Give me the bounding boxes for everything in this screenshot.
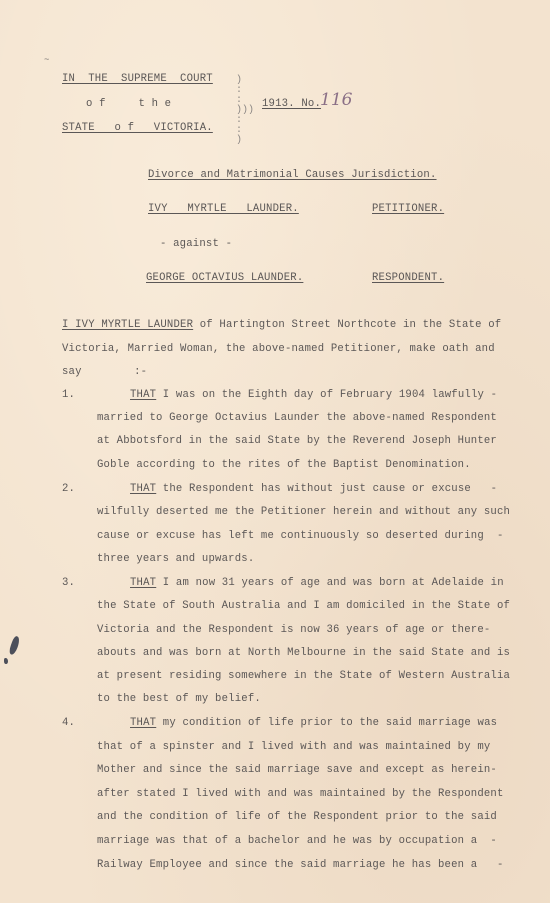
intro-line3: say :- xyxy=(62,365,147,379)
bracket-decoration: ) : : ))) : : ) xyxy=(236,76,254,146)
paragraph-2-line3: cause or excuse has left me continuously… xyxy=(97,529,504,543)
document-page: ~ IN THE SUPREME COURT o f t h e STATE o… xyxy=(0,0,550,903)
case-year: 1913. No. xyxy=(262,97,321,111)
paragraph-3-line5: at present residing somewhere in the Sta… xyxy=(97,669,510,683)
respondent-role: RESPONDENT. xyxy=(372,271,444,285)
paragraph-4-line2: that of a spinster and I lived with and … xyxy=(97,740,490,754)
deponent-name: I IVY MYRTLE LAUNDER xyxy=(62,319,193,331)
paragraph-number: 4. xyxy=(62,716,75,730)
intro-line2: Victoria, Married Woman, the above-named… xyxy=(62,342,495,356)
paragraph-1-line4: Goble according to the rites of the Bapt… xyxy=(97,458,471,472)
respondent-name: GEORGE OCTAVIUS LAUNDER. xyxy=(146,271,303,285)
paragraph-4-line3: Mother and since the said marriage save … xyxy=(97,763,497,777)
case-number-handwritten: 116 xyxy=(320,90,352,110)
paragraph-3-line4: abouts and was born at North Melbourne i… xyxy=(97,646,510,660)
court-heading-line1: IN THE SUPREME COURT xyxy=(62,72,213,86)
petitioner-name: IVY MYRTLE LAUNDER. xyxy=(148,202,299,216)
petitioner-role: PETITIONER. xyxy=(372,202,444,216)
paragraph-4-line5: and the condition of life of the Respond… xyxy=(97,810,497,824)
intro-line1: I IVY MYRTLE LAUNDER of Hartington Stree… xyxy=(62,318,501,332)
paragraph-4-line7: Railway Employee and since the said marr… xyxy=(97,858,504,872)
paragraph-2-line1: THAT the Respondent has without just cau… xyxy=(130,482,497,496)
paragraph-3-line6: to the best of my belief. xyxy=(97,692,261,706)
paragraph-3-line2: the State of South Australia and I am do… xyxy=(97,599,510,613)
paragraph-4-line6: marriage was that of a bachelor and he w… xyxy=(97,834,497,848)
paragraph-4-line4: after stated I lived with and was mainta… xyxy=(97,787,504,801)
paragraph-3-line3: Victoria and the Respondent is now 36 ye… xyxy=(97,623,490,637)
margin-mark: ~ xyxy=(44,55,49,65)
court-heading-line2: o f t h e xyxy=(86,97,171,111)
paragraph-1-line3: at Abbotsford in the said State by the R… xyxy=(97,434,497,448)
ink-blot xyxy=(4,658,8,664)
ink-blot xyxy=(8,635,21,655)
paragraph-3-line1: THAT I am now 31 years of age and was bo… xyxy=(130,576,504,590)
paragraph-number: 3. xyxy=(62,576,75,590)
jurisdiction-title: Divorce and Matrimonial Causes Jurisdict… xyxy=(148,168,437,182)
against-label: - against - xyxy=(160,237,232,251)
paragraph-2-line4: three years and upwards. xyxy=(97,552,254,566)
paragraph-4-line1: THAT my condition of life prior to the s… xyxy=(130,716,497,730)
court-heading-line3: STATE o f VICTORIA. xyxy=(62,121,213,135)
paragraph-number: 1. xyxy=(62,388,75,402)
paragraph-number: 2. xyxy=(62,482,75,496)
paragraph-1-line1: THAT I was on the Eighth day of February… xyxy=(130,388,497,402)
paragraph-1-line2: married to George Octavius Launder the a… xyxy=(97,411,497,425)
paragraph-2-line2: wilfully deserted me the Petitioner here… xyxy=(97,505,510,519)
